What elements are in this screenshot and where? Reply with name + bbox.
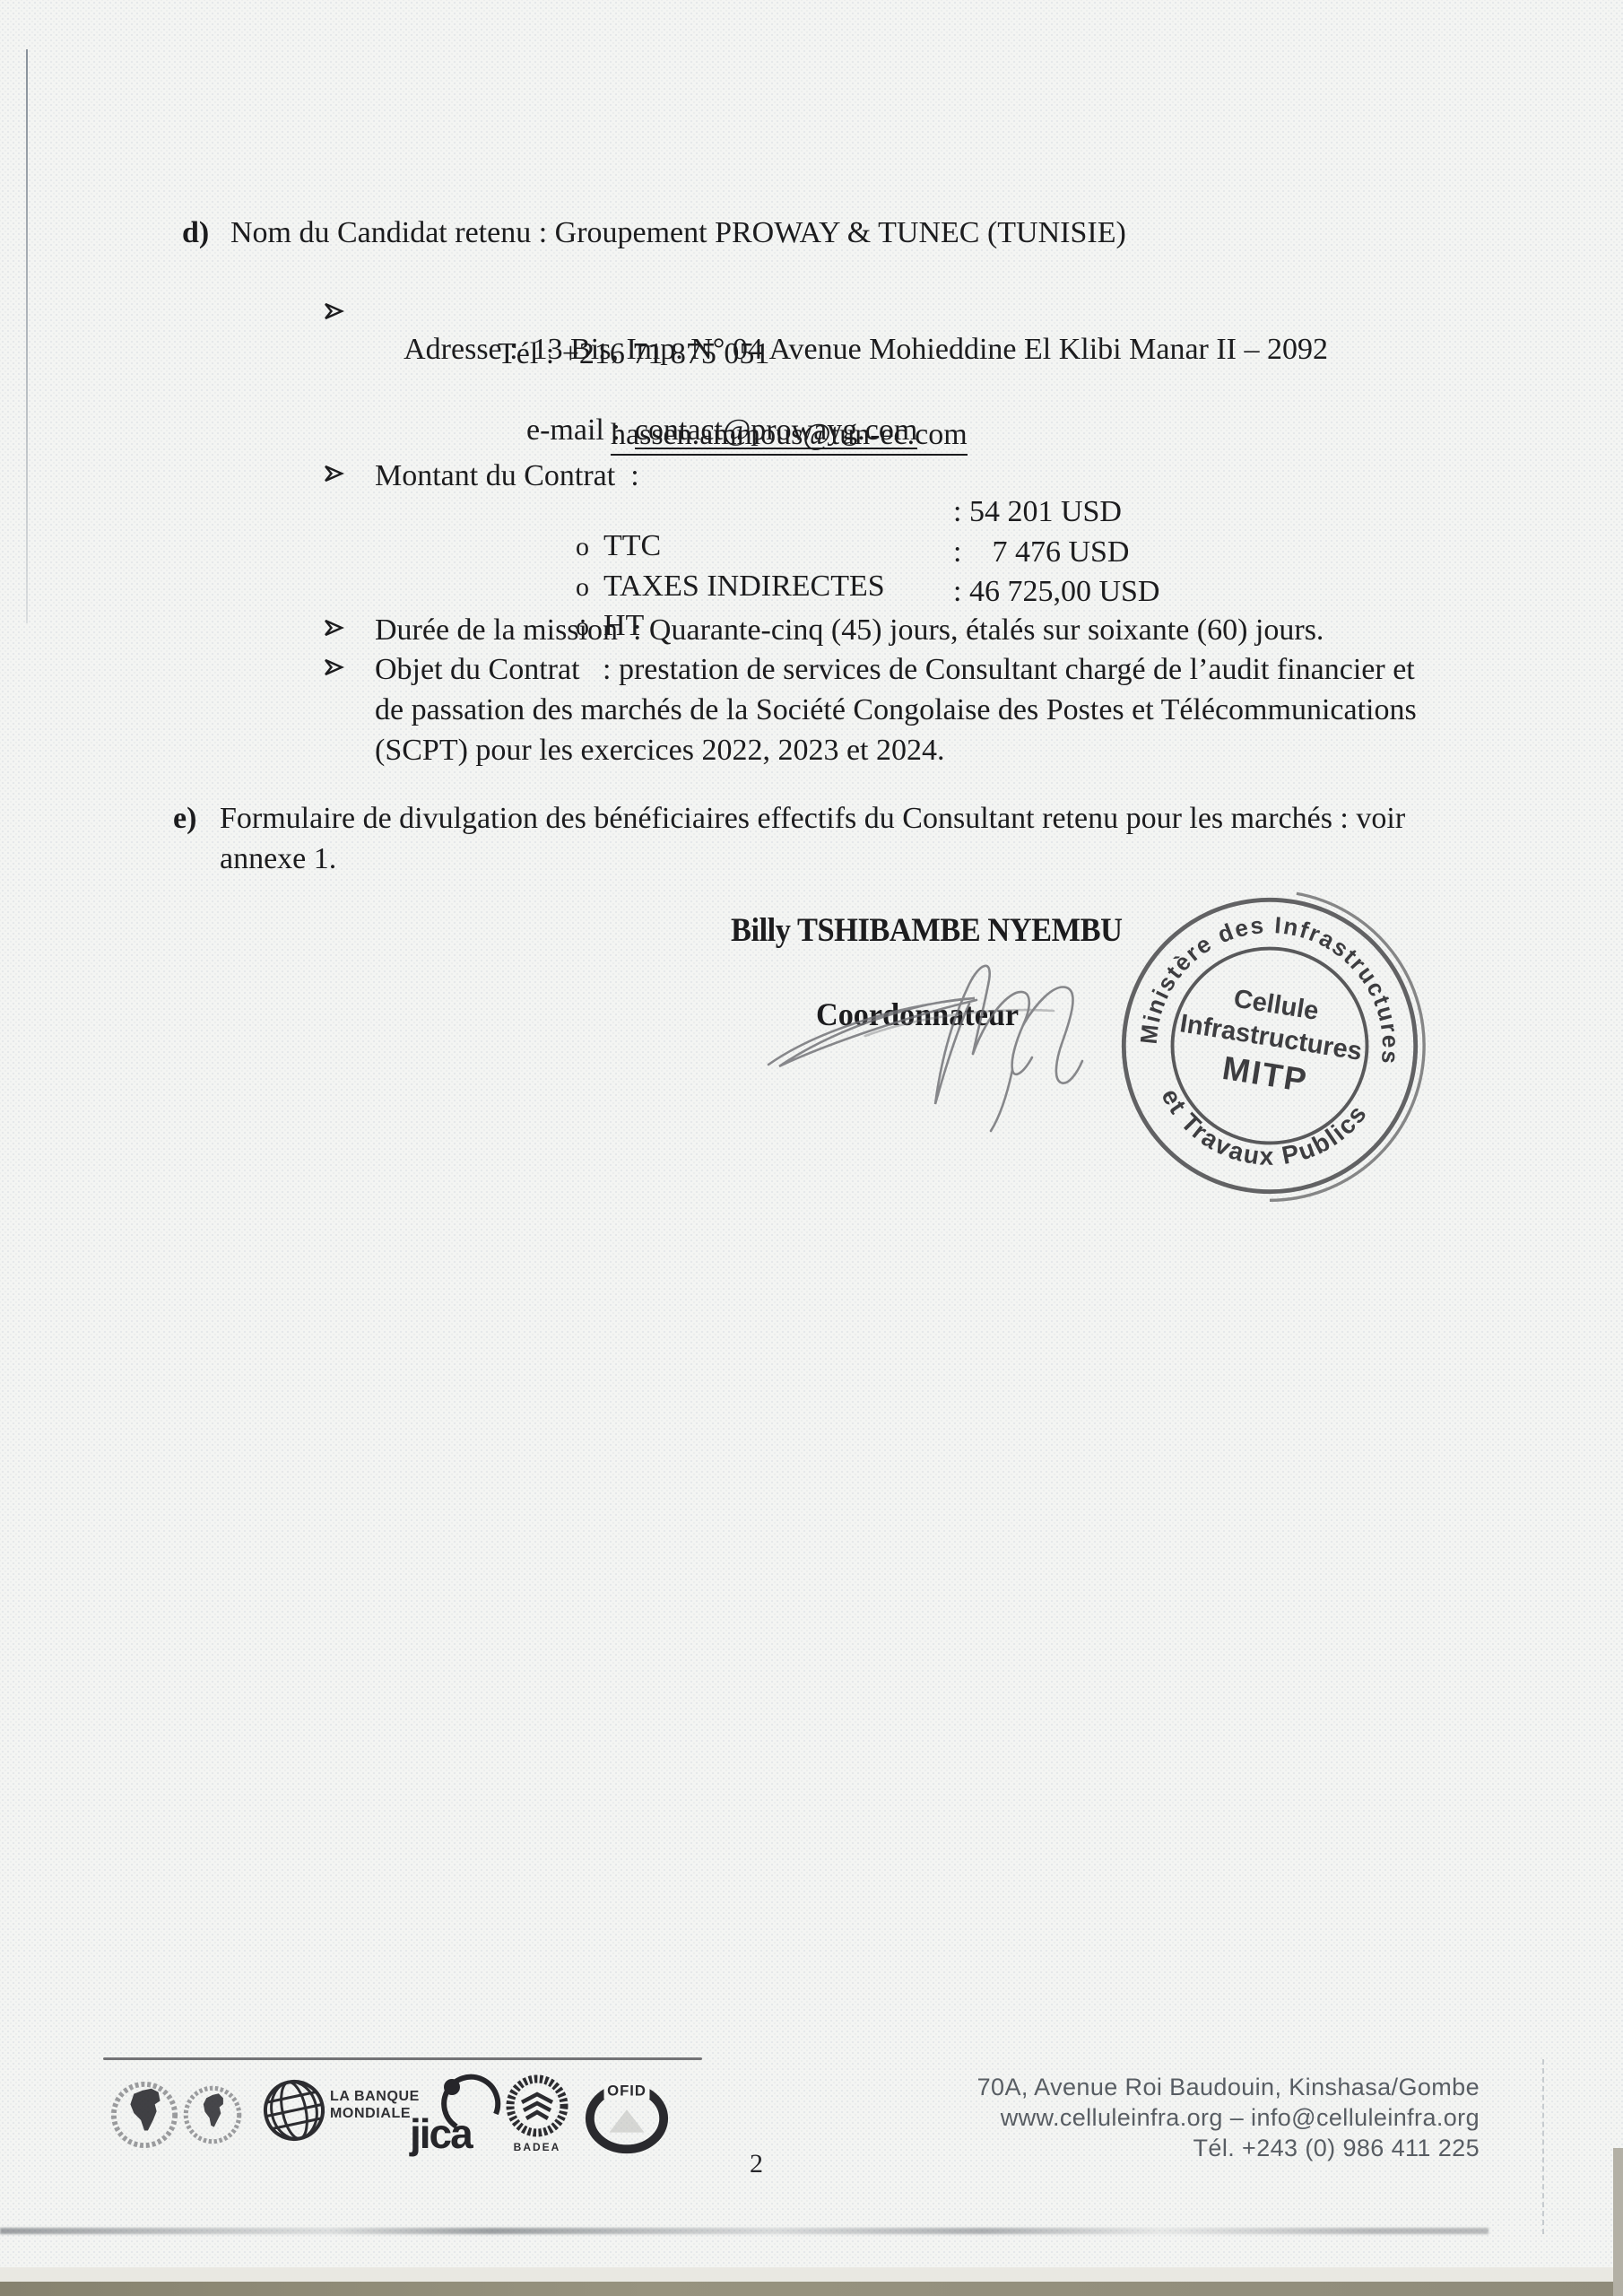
item-e-line1: Formulaire de divulgation des bénéficiai… — [220, 801, 1405, 837]
scanned-document-page: d) Nom du Candidat retenu : Groupement P… — [0, 0, 1623, 2296]
montant-label: Montant du Contrat : — [375, 458, 639, 494]
objet-line2: de passation des marchés de la Société C… — [375, 692, 1417, 728]
scan-edge-right — [1613, 2148, 1623, 2296]
stamp-center-line3: MITP — [1220, 1049, 1311, 1099]
duree-line: Durée de la mission : Quarante-cinq (45)… — [375, 613, 1324, 648]
amount-value: : 54 201 USD — [953, 495, 1122, 529]
item-e-line2: annexe 1. — [220, 841, 336, 877]
scanner-bed-edge — [0, 2282, 1623, 2296]
footer-phone: Tél. +243 (0) 986 411 225 — [897, 2133, 1480, 2163]
objet-line3: (SCPT) pour les exercices 2022, 2023 et … — [375, 733, 945, 769]
scan-smudge-line — [0, 2228, 1488, 2234]
ofid-logo: OFID — [583, 2079, 671, 2154]
amount-value: : 46 725,00 USD — [953, 575, 1159, 609]
item-d-text: Nom du Candidat retenu : Groupement PROW… — [230, 215, 1126, 251]
ofid-wordmark: OFID — [607, 2082, 647, 2099]
scan-edge-artifact — [26, 49, 28, 623]
african-development-fund-logo — [182, 2083, 243, 2147]
email-label: e-mail : — [526, 413, 621, 447]
world-bank-wordmark: LA BANQUE MONDIALE — [330, 2088, 420, 2122]
paper-edge — [0, 2267, 1623, 2282]
arrow-bullet-icon — [323, 301, 344, 321]
objet-line1: Objet du Contrat : prestation de service… — [375, 652, 1415, 688]
footer-web-email: www.celluleinfra.org – info@celluleinfra… — [897, 2102, 1480, 2133]
amount-value: : 7 476 USD — [953, 535, 1129, 570]
ministry-round-stamp: Ministère des Infrastructures et Travaux… — [1105, 881, 1435, 1211]
arrow-bullet-icon — [323, 618, 344, 638]
jica-logo: jica — [408, 2067, 508, 2157]
tel-line: Tél : +216 71 875 051 — [498, 336, 769, 372]
footer-contact-block: 70A, Avenue Roi Baudouin, Kinshasa/Gombe… — [897, 2072, 1480, 2163]
arrow-bullet-icon — [323, 464, 344, 483]
world-bank-line1: LA BANQUE — [330, 2088, 420, 2105]
scan-margin-artifact — [1542, 2059, 1544, 2234]
footer-address: 70A, Avenue Roi Baudouin, Kinshasa/Gombe — [897, 2072, 1480, 2102]
badea-logo: BADEA — [504, 2072, 570, 2154]
world-bank-globe-icon — [258, 2074, 330, 2147]
african-development-bank-logo — [109, 2079, 179, 2151]
email2-line: hassen.ammous@tun-ec.com — [611, 417, 968, 456]
arrow-bullet-icon — [323, 657, 344, 677]
amount-label: TAXES INDIRECTES — [603, 570, 885, 603]
badea-wordmark: BADEA — [514, 2141, 561, 2153]
item-d-marker: d) — [182, 215, 209, 251]
page-number: 2 — [750, 2149, 763, 2179]
footer-separator-line — [103, 2057, 702, 2060]
jica-wordmark: jica — [409, 2110, 473, 2157]
world-bank-line2: MONDIALE — [330, 2105, 420, 2122]
item-e-marker: e) — [173, 801, 196, 837]
